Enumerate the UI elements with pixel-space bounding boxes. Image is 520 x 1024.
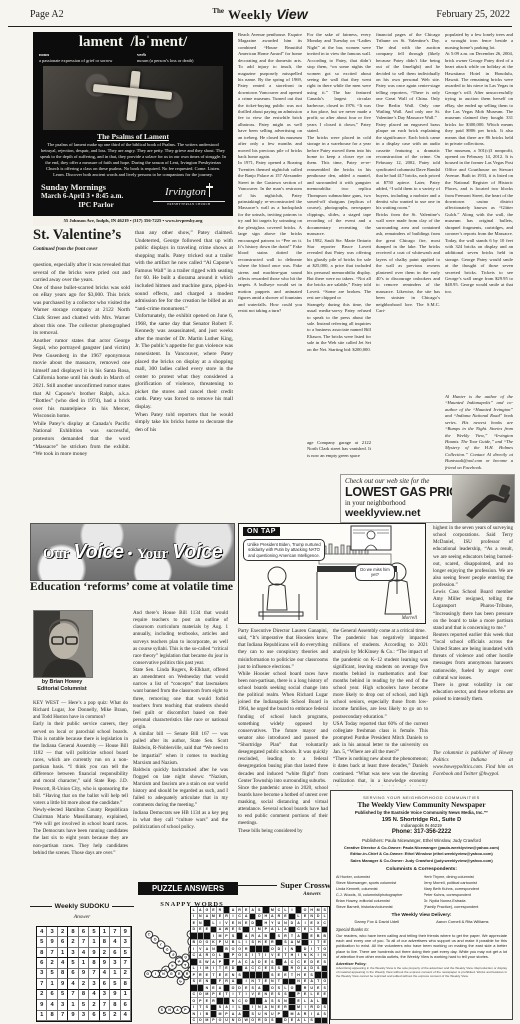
sudoku-cell: 9: [110, 990, 120, 1000]
columnists-left: Al Hunter, columnistSteve Nicewanger, sp…: [336, 874, 420, 910]
policy-body: Advertising appearing in the Weekly View…: [336, 966, 507, 978]
sudoku-cell: 9: [89, 948, 99, 958]
newspaper-page: Page A2 The Weekly View February 25, 202…: [0, 0, 520, 1024]
sudoku-cell: 6: [79, 927, 89, 937]
ad-schedule: Sunday Mornings March 6-April 3 • 8:45 a…: [41, 182, 151, 209]
sudoku-cell: 5: [110, 979, 120, 989]
sudoku-cell: 5: [121, 948, 131, 958]
sudoku-title: Weekly SUDOKU: [30, 903, 134, 910]
verb-def: mourn (a person’s loss or death): [137, 58, 193, 63]
gas-prices-ad: Check out our web site for the LOWEST GA…: [340, 474, 515, 523]
columnists-title: Columnists & Correspondents:: [336, 867, 507, 872]
sudoku-cell: 9: [37, 1000, 47, 1010]
masthead-weekly: Weekly: [228, 7, 272, 22]
serving-line: SERVING YOUR NEIGHBORHOOD COMMUNITIES: [336, 795, 507, 800]
sudoku-cell: 1: [110, 969, 120, 979]
article-column: question, especially after it was reveal…: [33, 262, 130, 518]
sudoku-cell: 7: [68, 990, 78, 1000]
sudoku-cell: 8: [68, 927, 78, 937]
puzzle-answers-banner: PUZZLE ANSWERS: [138, 882, 238, 895]
ad-lament-definitions: nouna passionate expression of grief or …: [33, 51, 233, 65]
sudoku-cell: 8: [58, 969, 68, 979]
sudoku-cell: 8: [110, 1000, 120, 1010]
sudoku-cell: 4: [47, 1000, 57, 1010]
columnists-list: Al Hunter, columnistSteve Nicewanger, sp…: [336, 874, 507, 910]
sudoku-cell: 1: [47, 979, 57, 989]
sudoku-cell: 8: [89, 958, 99, 968]
article-column: Beach Avenue penthouse. Esquire Magazine…: [238, 32, 302, 520]
sudoku-answer-grid: 4328651795962718438713492656245189373586…: [36, 926, 132, 1022]
sudoku-cell: 4: [68, 979, 78, 989]
sudoku-cell: 6: [58, 937, 68, 947]
editorial-cartoon: ON TAP Unlike President Biden, Trump nur…: [238, 523, 426, 624]
opinion-section-banner: Our Voice • Your Voice: [30, 523, 235, 581]
sudoku-cell: 2: [47, 958, 57, 968]
cartoon-speech-bubble: Do we miss him yet?: [355, 564, 395, 581]
published-by: Published by the Eastside Voice Communit…: [336, 810, 507, 815]
sudoku-cell: 6: [121, 1000, 131, 1010]
noun-label: noun: [39, 52, 49, 57]
sudoku-cell: 8: [79, 990, 89, 1000]
masthead-info-box: SERVING YOUR NEIGHBORHOOD COMMUNITIES Th…: [330, 790, 513, 1020]
sudoku-cell: 1: [37, 1011, 47, 1021]
columnist-name: Steve Barnett, historian/columnist: [336, 904, 420, 910]
irvington-logo: Irvington PRESBYTERIAN CHURCH: [153, 182, 225, 206]
masthead-view: View: [276, 6, 307, 22]
sudoku-cell: 9: [100, 958, 110, 968]
crossword-answer-grid: LAGERAREASMCLIOHMSINAMERICAOHARELENDLENL…: [190, 906, 330, 1024]
sudoku-cell: 2: [110, 1011, 120, 1021]
sudoku-cell: 4: [110, 937, 120, 947]
editor-line: Editor-in-Chief & Co-Owner: Ethel Winslo…: [336, 851, 507, 856]
thanks-title: Special thanks to:: [336, 927, 507, 932]
columnist-photo: [33, 610, 93, 678]
ad-lament-title: lament /ləˈment/: [33, 32, 233, 51]
sudoku-cell: 9: [68, 1011, 78, 1021]
sudoku-cell: 6: [100, 979, 110, 989]
creative-director-line: Creative Director & Co-Owner: Paula Nice…: [336, 845, 507, 850]
sudoku-cell: 6: [110, 948, 120, 958]
sudoku-cell: 9: [79, 969, 89, 979]
sudoku-cell: 8: [37, 948, 47, 958]
sudoku-cell: 1: [68, 1000, 78, 1010]
sudoku-cell: 3: [37, 969, 47, 979]
sudoku-cell: 7: [110, 927, 120, 937]
sudoku-cell: 1: [58, 948, 68, 958]
sudoku-cell: 4: [37, 927, 47, 937]
gas-pump-photo: [452, 475, 514, 522]
page-header: Page A2 The Weekly View February 25, 202…: [8, 6, 512, 27]
article-column: financial pages of the Chicago Tribune o…: [376, 32, 440, 472]
sudoku-cell: 8: [121, 979, 131, 989]
columnist-name: (Family Practice), correspondent: [424, 904, 508, 910]
sudoku-cell: 7: [37, 979, 47, 989]
sudoku-cell: 4: [89, 990, 99, 1000]
sudoku-cell: 2: [68, 937, 78, 947]
psalms-body: The psalms of lament make up one third o…: [33, 141, 233, 179]
columnists-right: Herb Thyme, dining columnistJerry Morrel…: [424, 874, 508, 910]
columnist-byline: by Brian Howey Editorial Columnist: [33, 679, 91, 693]
sudoku-cell: 6: [89, 1011, 99, 1021]
phone-number: Phone: 317-356-2222: [336, 829, 507, 835]
sudoku-cell: 2: [100, 948, 110, 958]
sudoku-cell: 5: [58, 990, 68, 1000]
article-headline: St. Valentine’s: [33, 228, 135, 243]
opinion-column: highest in the seven years of surveying …: [433, 525, 513, 747]
psalms-heading: The Psalms of Lament: [33, 132, 233, 141]
sudoku-cell: 5: [37, 937, 47, 947]
delivery-names: Danny Fox & David Udell Aaron Cornell & …: [336, 919, 507, 924]
sudoku-cell: 1: [79, 958, 89, 968]
sudoku-cell: 7: [47, 948, 57, 958]
opinion-credit: The columnist is publisher of Howey Poli…: [433, 750, 513, 786]
article-column: age Company garage at 2122 North Clark s…: [307, 440, 371, 472]
author-credit: Al Hunter is the author of the “Haunted …: [445, 394, 513, 472]
opinion-column: KEY WEST — Here’s a pop quiz: What do Ri…: [33, 700, 128, 900]
sudoku-cell: 3: [68, 948, 78, 958]
logo-cross-icon: [206, 183, 213, 197]
sudoku-cell: 2: [121, 969, 131, 979]
sudoku-cell: 6: [68, 969, 78, 979]
sudoku-cell: 2: [58, 927, 68, 937]
sudoku-cell: 6: [37, 958, 47, 968]
sudoku-cell: 3: [110, 958, 120, 968]
sudoku-cell: 5: [68, 958, 78, 968]
cartoon-caption: Unlike President Biden, Trump nurtured s…: [243, 539, 325, 561]
sudoku-cell: 4: [58, 958, 68, 968]
thanks-body: Our readers, who have been calling and t…: [336, 933, 507, 959]
sudoku-cell: 7: [58, 1011, 68, 1021]
masthead-the: The: [212, 7, 224, 15]
sales-manager-line: Sales Manager & Co-Owner: Judy Crawford …: [336, 858, 507, 863]
crossword-cell: [322, 1018, 329, 1024]
sudoku-cell: 6: [47, 990, 57, 1000]
sudoku-cell: 3: [58, 1000, 68, 1010]
opinion-headline: Education ‘reforms’ come at volatile tim…: [30, 581, 233, 593]
banner-title: Our Voice • Your Voice: [43, 541, 223, 564]
sudoku-cell: 3: [89, 979, 99, 989]
address-line2: Indianapolis IN 46219: [336, 823, 507, 828]
opinion-column: the General Assembly come at a critical …: [333, 628, 428, 786]
sudoku-cell: 7: [89, 969, 99, 979]
sudoku-cell: 9: [121, 927, 131, 937]
sudoku-cell: 4: [121, 1011, 131, 1021]
cartoon-title: ON TAP: [243, 527, 280, 536]
sudoku-cell: 2: [89, 1000, 99, 1010]
ash-cross-photo: [43, 66, 223, 130]
noun-def: a passionate expression of grief or sorr…: [39, 58, 112, 63]
paper-name: The Weekly View Community Newspaper: [336, 801, 507, 809]
sudoku-cell: 1: [121, 990, 131, 1000]
church-ad: lament /ləˈment/ nouna passionate expres…: [33, 32, 233, 226]
article-column: than any other show,” Patey claimed. Und…: [135, 230, 233, 520]
ad-contact-line: 55 Johnson Ave, Indpls, IN 46219 • (317)…: [33, 216, 233, 226]
sudoku-cell: 7: [100, 1000, 110, 1010]
sudoku-cell: 3: [121, 937, 131, 947]
sudoku-cell: 3: [79, 1011, 89, 1021]
publishers-line: Publishers: Paula Nicewanger, Ethel Wins…: [336, 838, 507, 843]
sudoku-cell: 8: [100, 937, 110, 947]
delivery-title: The Weekly View Delivery:: [336, 913, 507, 918]
continued-note: Continued from the front cover: [33, 247, 135, 252]
verb-label: verb: [137, 52, 146, 57]
article-column: For the sake of fairness, every Monday a…: [307, 32, 371, 472]
sudoku-cell: 2: [79, 979, 89, 989]
cartoonist-signature: Morrell: [402, 616, 417, 621]
sudoku-cell: 5: [47, 969, 57, 979]
sudoku-cell: 1: [100, 927, 110, 937]
sudoku-cell: 5: [89, 927, 99, 937]
sudoku-cell: 3: [100, 990, 110, 1000]
sudoku-cell: 1: [89, 937, 99, 947]
sudoku-cell: 4: [79, 948, 89, 958]
opinion-column: Party Executive Director Lauren Ganapini…: [238, 628, 328, 876]
sudoku-cell: 4: [100, 969, 110, 979]
issue-date: February 25, 2022: [436, 9, 510, 20]
sudoku-cell: 8: [47, 1011, 57, 1021]
sudoku-cell: 7: [121, 958, 131, 968]
sudoku-cell: 9: [47, 937, 57, 947]
sudoku-cell: 2: [37, 990, 47, 1000]
sudoku-cell: 5: [79, 1000, 89, 1010]
sudoku-cell: 9: [58, 979, 68, 989]
opinion-column: And there’s House Bill 1134 that would r…: [133, 610, 228, 876]
sudoku-cell: 3: [47, 927, 57, 937]
sudoku-cell: 7: [79, 937, 89, 947]
sudoku-answer-label: Answer: [30, 914, 134, 920]
sudoku-cell: 5: [100, 1011, 110, 1021]
article-column: populated by a few lonely trees and a wr…: [445, 32, 513, 392]
